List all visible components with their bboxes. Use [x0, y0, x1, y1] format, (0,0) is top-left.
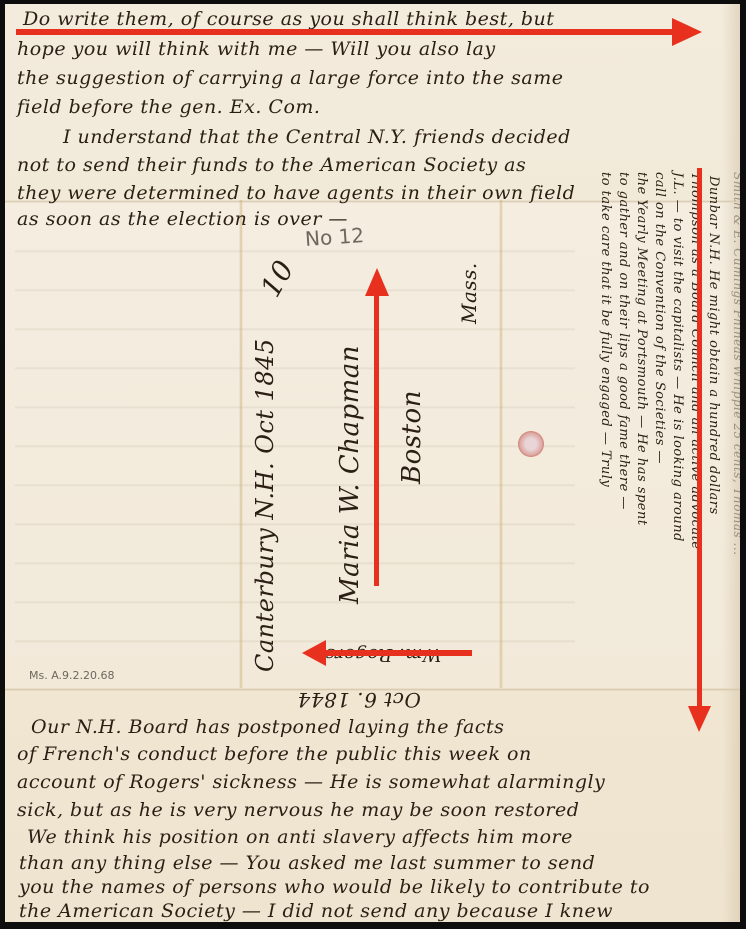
text-line: the suggestion of carrying a large force… — [17, 67, 564, 89]
text-line: not to send their funds to the American … — [17, 154, 526, 176]
margin-line: call on the Convention of the Societies … — [652, 172, 667, 464]
text-line: I understand that the Central N.Y. frien… — [63, 126, 571, 148]
text-line: Our N.H. Board has postponed laying the … — [31, 716, 504, 738]
margin-line: Smith & E. Cumings Phineas Whipple 25 ce… — [731, 172, 740, 555]
text-line: field before the gen. Ex. Com. — [17, 96, 320, 118]
margin-line: Thompson as a Board Council and an activ… — [688, 172, 703, 550]
margin-line: to gather and on their lips a good fame … — [616, 172, 631, 510]
bleed-through-text — [15, 214, 575, 674]
text-line: of French's conduct before the public th… — [17, 743, 532, 765]
text-line: they were determined to have agents in t… — [17, 182, 575, 204]
shelfmark: Ms. A.9.2.20.68 — [29, 669, 115, 682]
recipient-city: Boston — [397, 390, 427, 484]
wax-seal-remnant — [518, 431, 544, 457]
text-line: hope you will think with me — Will you a… — [17, 38, 496, 60]
text-line: We think his position on anti slavery af… — [27, 826, 573, 848]
text-line: you the names of persons who would be li… — [19, 876, 650, 898]
letter-paper: Do write them, of course as you shall th… — [5, 4, 740, 922]
docket-number: No 12 — [304, 223, 365, 251]
text-line: sick, but as he is very nervous he may b… — [17, 799, 579, 821]
fold-line-right — [499, 200, 503, 688]
fold-note: Wm. Rogers — [325, 644, 441, 665]
text-line: Do write them, of course as you shall th… — [23, 8, 554, 30]
recipient-state: Mass. — [457, 262, 481, 324]
recipient-name: Maria W. Chapman — [335, 345, 365, 604]
margin-line: J.L. — to visit the capitalists — He is … — [670, 172, 685, 542]
fold-line-left — [239, 200, 243, 688]
text-line: account of Rogers' sickness — He is some… — [17, 771, 605, 793]
text-line: the American Society — I did not send an… — [19, 900, 613, 922]
margin-line: to take care that it be fully engaged — … — [598, 172, 613, 487]
text-line: as soon as the election is over — — [17, 208, 348, 230]
text-line: than any thing else — You asked me last … — [19, 852, 595, 874]
margin-line: Dunbar N.H. He might obtain a hundred do… — [706, 176, 721, 515]
margin-line: the Yearly Meeting at Portsmouth — He ha… — [634, 172, 649, 526]
docket-date: Oct 6. 1844 — [297, 688, 421, 712]
postmark: Canterbury N.H. Oct 1845 — [251, 338, 279, 672]
